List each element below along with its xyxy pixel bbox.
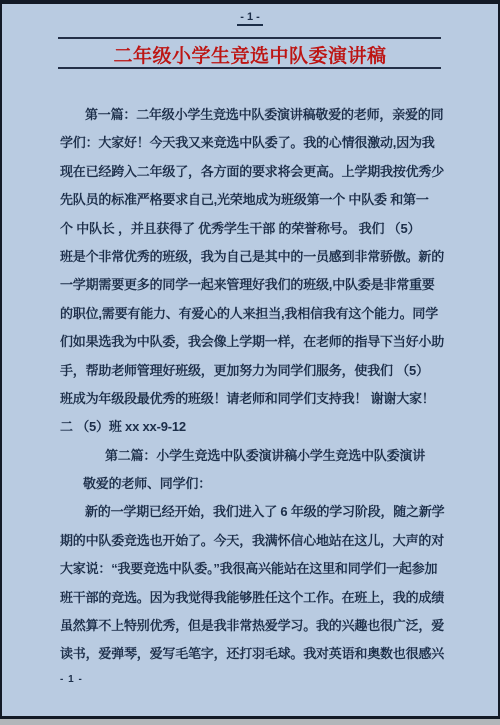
text-line: 期的中队委竞选也开始了。今天，我满怀信心地站在这儿，大声的对 [60, 527, 443, 555]
text-line: 第一篇：二年级小学生竞选中队委演讲稿敬爱的老师，亲爱的同 [60, 101, 443, 129]
bottom-band [0, 719, 500, 725]
page-border-left [0, 0, 2, 716]
text-line: 第二篇：小学生竞选中队委演讲稿小学生竞选中队委演讲 [60, 442, 443, 470]
page-number-top-text: - 1 - [237, 11, 263, 26]
document-page: - 1 - 二年级小学生竞选中队委演讲稿 第一篇：二年级小学生竞选中队委演讲稿敬… [0, 0, 500, 725]
document-body: 第一篇：二年级小学生竞选中队委演讲稿敬爱的老师，亲爱的同 学们：大家好！今天我又… [60, 101, 443, 669]
text-line: 读书，爱弹琴，爱写毛笔字，还打羽毛球。我对英语和奥数也很感兴 [60, 640, 443, 668]
document-title: 二年级小学生竞选中队委演讲稿 [0, 41, 500, 68]
page-border-top [0, 0, 500, 4]
header-rule-bottom [58, 67, 441, 69]
text-line: 班干部的竞选。因为我觉得我能够胜任这个工作。在班上，我的成绩 [60, 584, 443, 612]
text-line: 先队员的标准严格要求自己,光荣地成为班级第一个 中队委 和第一 [60, 186, 443, 214]
text-line: 手，帮助老师管理好班级，更加努力为同学们服务，使我们 （5） [60, 357, 443, 385]
text-line: 班是个非常优秀的班级，我为自己是其中的一员感到非常骄傲。新的 [60, 243, 443, 271]
text-line: 们如果选我为中队委，我会像上学期一样，在老师的指导下当好小助 [60, 328, 443, 356]
text-line: 敬爱的老师、同学们： [60, 470, 443, 498]
text-line: 大家说：“我要竞选中队委。”我很高兴能站在这里和同学们一起参加 [60, 555, 443, 583]
text-line: 的职位,需要有能力、有爱心的人来担当,我相信我有这个能力。同学 [60, 300, 443, 328]
text-line: 一学期需要更多的同学一起来管理好我们的班级,中队委是非常重要 [60, 271, 443, 299]
page-number-bottom: - 1 - [60, 674, 83, 685]
text-line: 新的一学期已经开始，我们进入了 6 年级的学习阶段，随之新学 [60, 498, 443, 526]
text-line: 学们：大家好！今天我又来竞选中队委了。我的心情很激动,因为我 [60, 129, 443, 157]
text-line: 二 （5）班 xx xx-9-12 [60, 413, 443, 441]
text-line: 虽然算不上特别优秀，但是我非常热爱学习。我的兴趣也很广泛，爱 [60, 612, 443, 640]
text-line: 个 中队长 ，并且获得了 优秀学生干部 的荣誉称号。 我们 （5） [60, 215, 443, 243]
header-rule-top [58, 37, 441, 39]
text-line: 班成为年级段最优秀的班级！请老师和同学们支持我！ 谢谢大家！ [60, 385, 443, 413]
text-line: 现在已经跨入二年级了，各方面的要求将会更高。上学期我按优秀少 [60, 158, 443, 186]
page-number-top: - 1 - [0, 11, 500, 23]
